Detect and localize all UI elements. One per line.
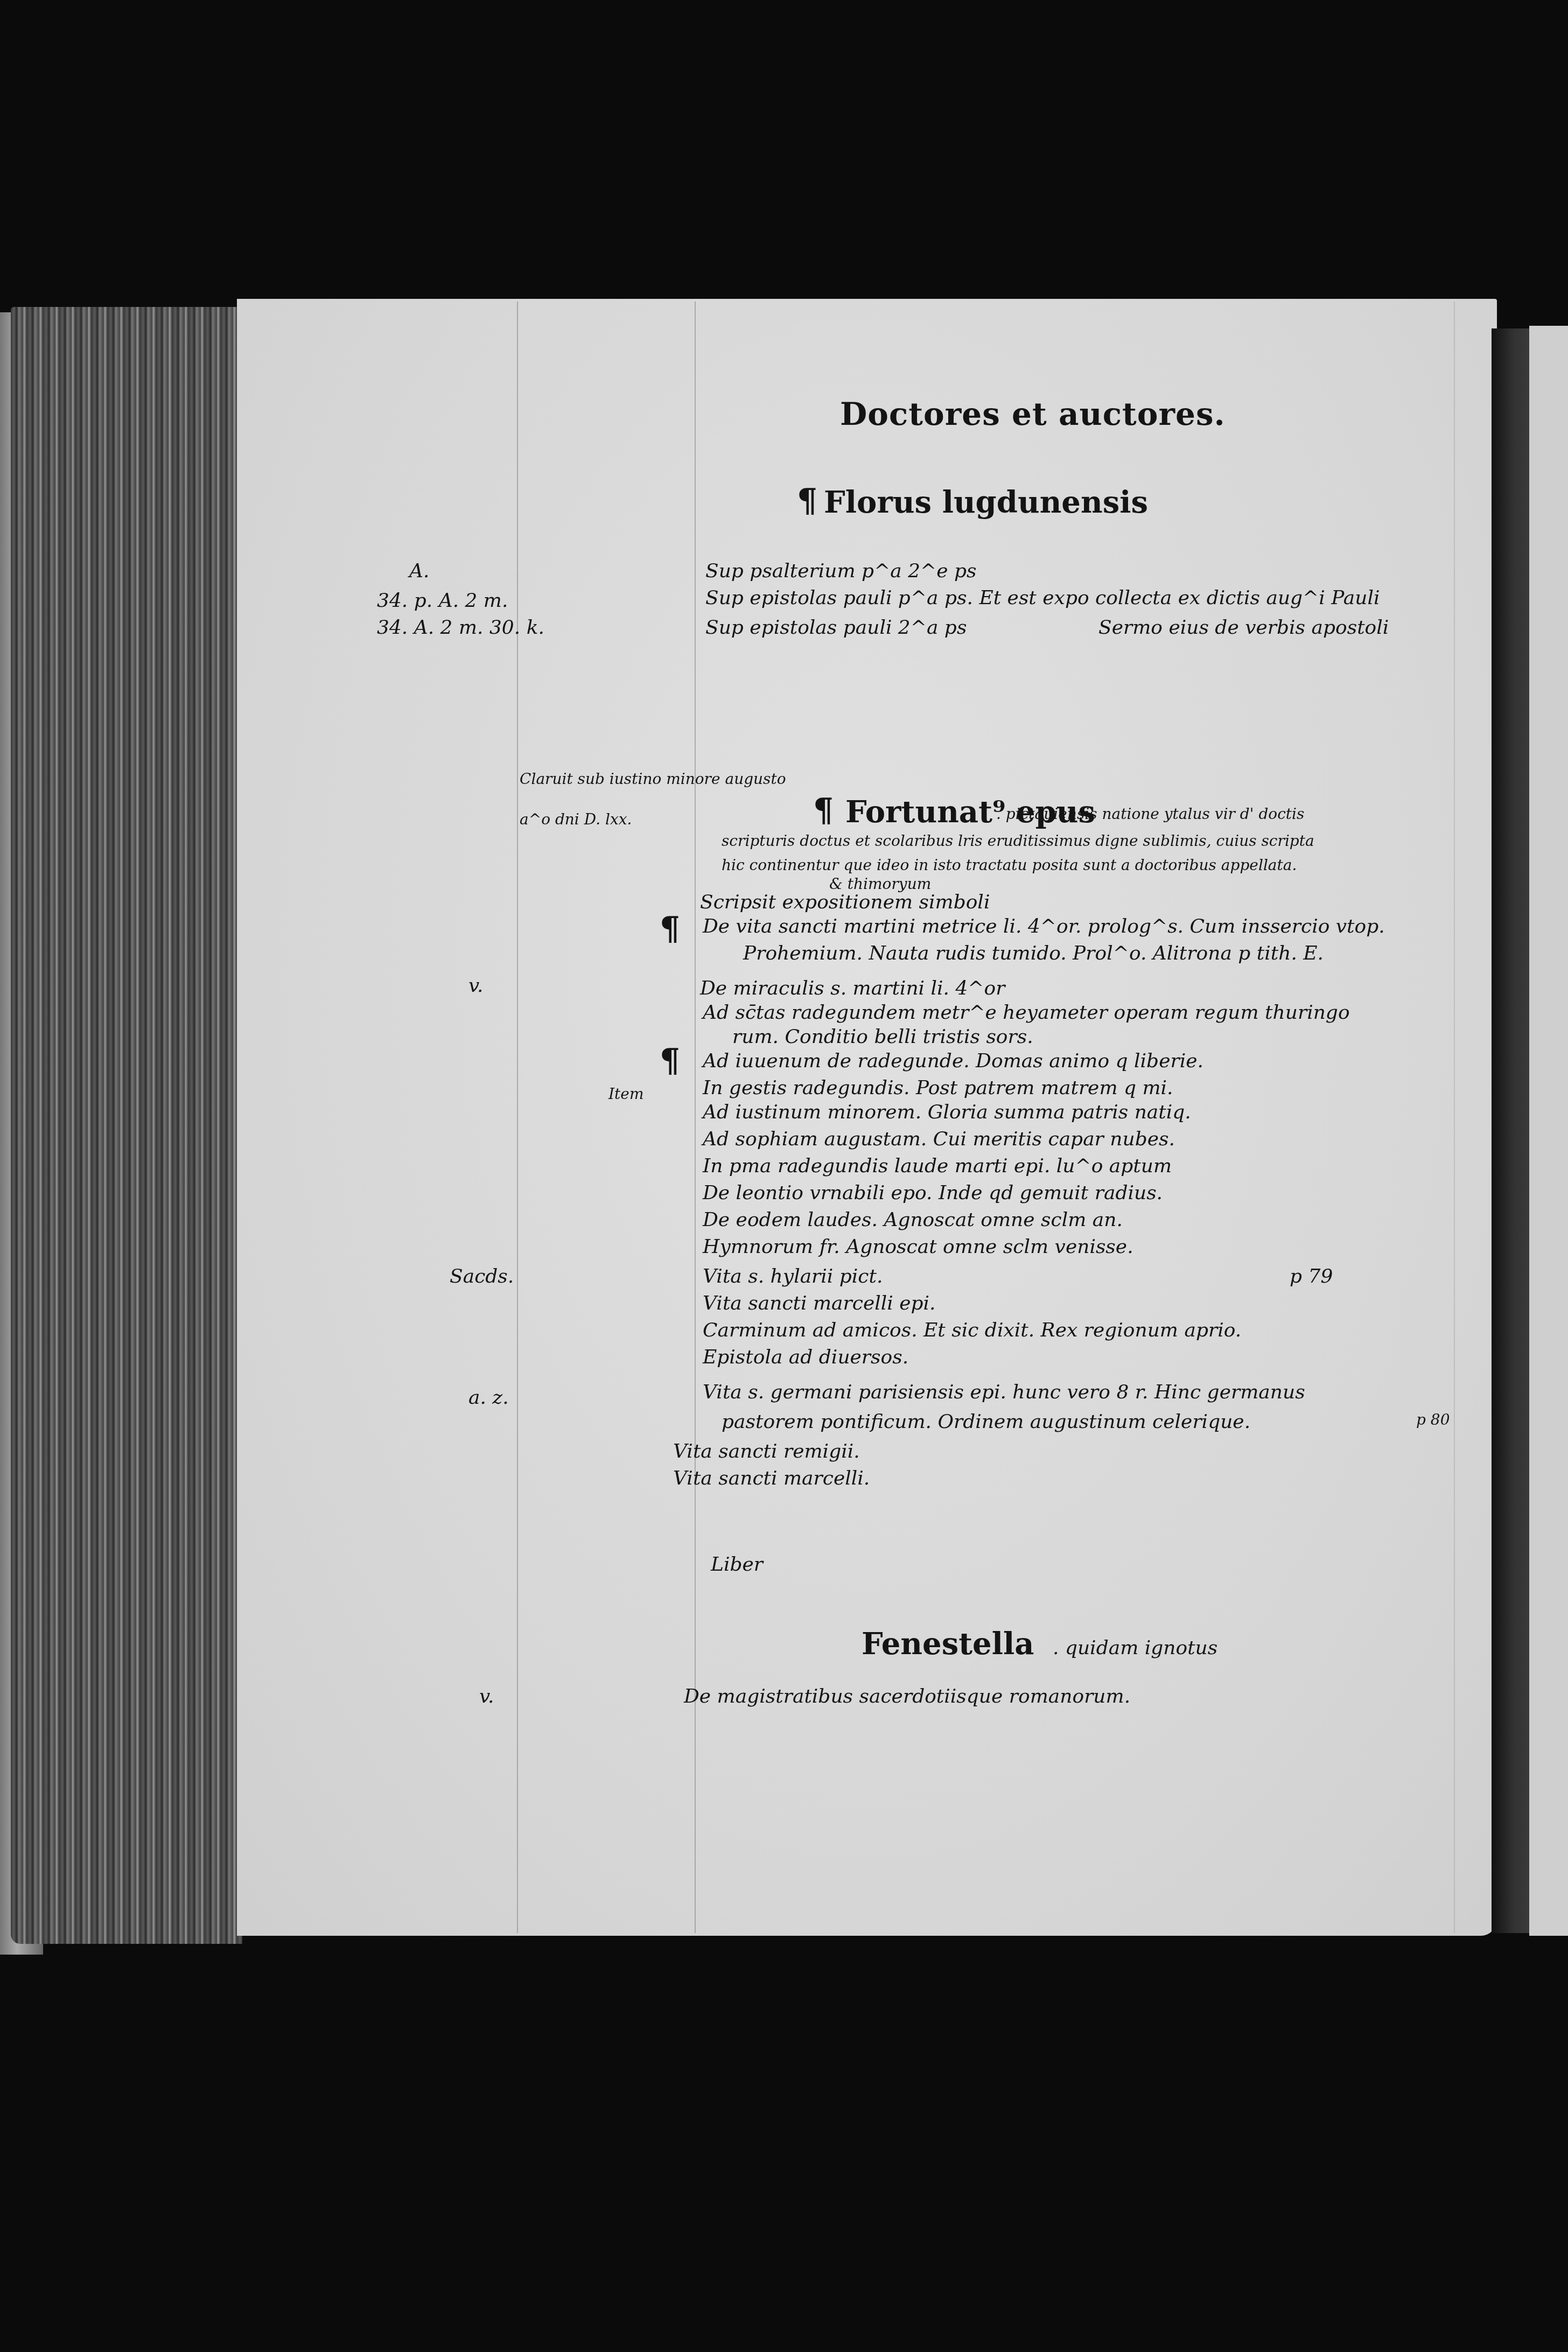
entry-line: De vita sancti martini metrice li. 4^or.… xyxy=(703,915,1385,937)
page-heading: Doctores et auctores. xyxy=(840,396,1226,432)
section-title-fenestella: Fenestella xyxy=(862,1626,1034,1662)
margin-note: Sacds. xyxy=(450,1265,514,1287)
entry-line: In gestis radegundis. Post patrem matrem… xyxy=(703,1077,1173,1099)
entry-line: Vita sancti marcelli. xyxy=(673,1467,870,1489)
section-title-suffix: . quidam ignotus xyxy=(1053,1637,1217,1659)
margin-note: 34. A. 2 m. 30. k. xyxy=(377,617,544,639)
entry-line: Scripsit expositionem simboli xyxy=(700,891,990,913)
entry-line: Epistola ad diuersos. xyxy=(703,1346,908,1368)
margin-note: Claruit sub iustino minore augusto xyxy=(520,770,786,788)
section-title-suffix: . pictauiensis natione ytalus vir d' doc… xyxy=(996,805,1304,823)
pilcrow-icon: ¶ xyxy=(660,1042,680,1080)
intro-line: & thimoryum xyxy=(829,875,931,893)
entry-line: Vita sancti marcelli epi. xyxy=(703,1292,936,1314)
pilcrow-icon: ¶ xyxy=(660,910,680,948)
book-fore-edge xyxy=(11,307,242,1944)
liber-label: Liber xyxy=(711,1553,763,1576)
entry-line: De leontio vrnabili epo. Inde qd gemuit … xyxy=(703,1182,1163,1204)
entry-line: Sup epistolas pauli 2^a ps xyxy=(705,617,967,639)
entry-line: In pma radegundis laude marti epi. lu^o … xyxy=(703,1155,1172,1177)
entry-line: Vita s. germani parisiensis epi. hunc ve… xyxy=(703,1381,1305,1403)
entry-line: pastorem pontificum. Ordinem augustinum … xyxy=(722,1411,1250,1433)
entry-line: Ad sc̄tas radegundem metr^e heyameter op… xyxy=(703,1002,1350,1024)
inline-margin-note: Item xyxy=(608,1085,643,1103)
margin-note: v. xyxy=(479,1685,494,1707)
margin-note: A. xyxy=(409,560,429,582)
pilcrow-icon: ¶ xyxy=(797,482,817,520)
entry-line: Sup epistolas pauli p^a ps. Et est expo … xyxy=(705,587,1380,609)
entry-line: Sup psalterium p^a 2^e ps xyxy=(705,560,977,582)
entry-line: De miraculis s. martini li. 4^or xyxy=(700,977,1005,999)
margin-note: a^o dni D. lxx. xyxy=(520,810,632,828)
margin-note: v. xyxy=(468,975,484,997)
entry-line: Ad iustinum minorem. Gloria summa patris… xyxy=(703,1101,1191,1123)
entry-line: Vita s. hylarii pict. xyxy=(703,1265,883,1287)
intro-line: hic continentur que ideo in isto tractat… xyxy=(722,856,1297,874)
entry-line: Ad sophiam augustam. Cui meritis capar n… xyxy=(703,1128,1175,1150)
margin-note: 34. p. A. 2 m. xyxy=(377,590,508,612)
margin-note: a. z. xyxy=(468,1387,509,1409)
entry-line: Hymnorum fr. Agnoscat omne sclm venisse. xyxy=(703,1236,1133,1258)
ruling-line xyxy=(517,302,518,1933)
page-gutter-shadow xyxy=(1492,328,1529,1933)
intro-line: scripturis doctus et scolaribus lris eru… xyxy=(722,832,1314,850)
facing-page-sliver xyxy=(1529,326,1568,1936)
entry-line: rum. Conditio belli tristis sors. xyxy=(732,1026,1033,1048)
page-reference: p 80 xyxy=(1416,1411,1450,1429)
entry-line: Vita sancti remigii. xyxy=(673,1440,860,1462)
entry-line: Prohemium. Nauta rudis tumido. Prol^o. A… xyxy=(743,942,1324,964)
entry-line: De magistratibus sacerdotiisque romanoru… xyxy=(684,1685,1130,1707)
entry-line: De eodem laudes. Agnoscat omne sclm an. xyxy=(703,1209,1123,1231)
entry-line: Carminum ad amicos. Et sic dixit. Rex re… xyxy=(703,1319,1241,1341)
page-reference: p 79 xyxy=(1290,1265,1333,1287)
ruling-line xyxy=(1454,302,1455,1933)
entry-line: Ad iuuenum de radegunde. Domas animo q l… xyxy=(703,1050,1203,1072)
section-title-florus: Florus lugdunensis xyxy=(824,485,1148,520)
side-note: Sermo eius de verbis apostoli xyxy=(1098,617,1389,639)
pilcrow-icon: ¶ xyxy=(813,792,834,829)
